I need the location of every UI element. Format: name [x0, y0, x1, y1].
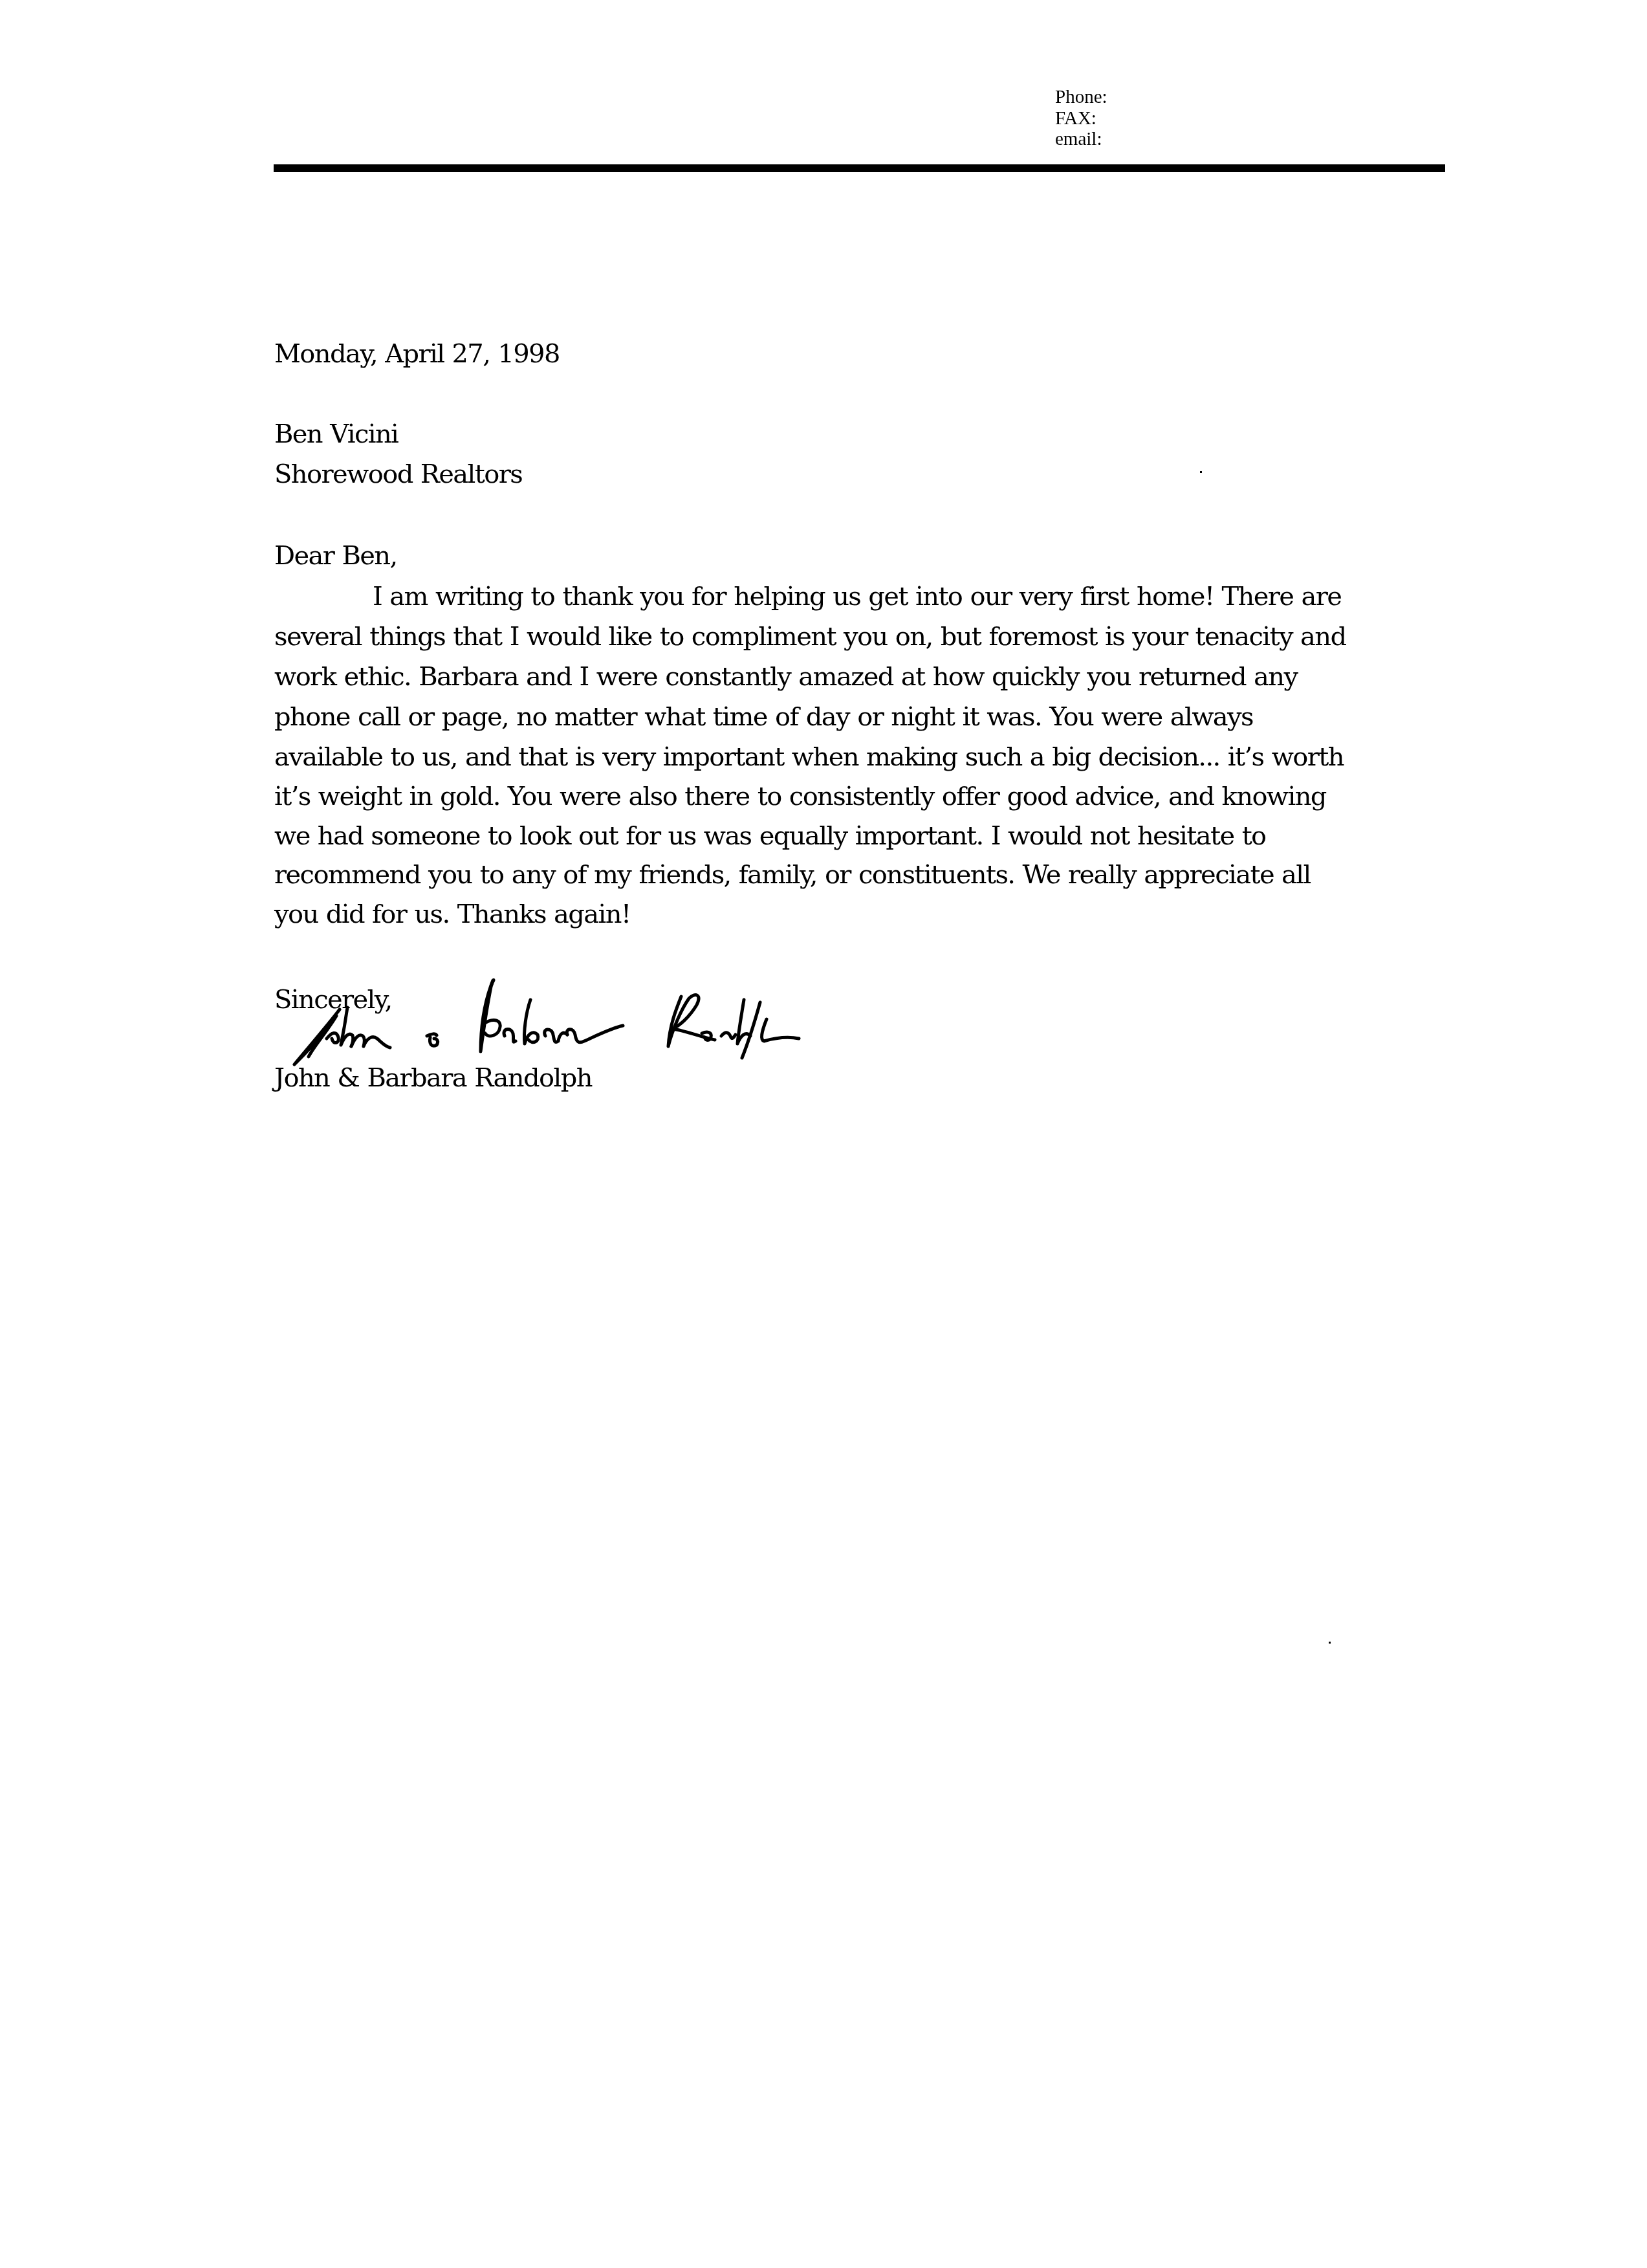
body-line: recommend you to any of my friends, fami… — [274, 862, 1311, 888]
body-line: you did for us. Thanks again! — [274, 901, 630, 927]
scan-speck — [1329, 1642, 1331, 1644]
body-line: work ethic. Barbara and I were constantl… — [274, 664, 1297, 690]
scan-speck — [1200, 471, 1202, 473]
body-line: available to us, and that is very import… — [274, 744, 1344, 770]
fax-label: FAX: — [1055, 108, 1107, 129]
recipient-company: Shorewood Realtors — [274, 461, 522, 487]
letter-date: Monday, April 27, 1998 — [274, 341, 560, 367]
letterhead-divider — [274, 164, 1445, 172]
recipient-name: Ben Vicini — [274, 421, 398, 447]
body-line: it’s weight in gold. You were also there… — [274, 784, 1326, 809]
signer-names: John & Barbara Randolph — [274, 1065, 592, 1091]
body-line: we had someone to look out for us was eq… — [274, 823, 1266, 849]
body-line: I am writing to thank you for helping us… — [373, 584, 1341, 610]
salutation: Dear Ben, — [274, 543, 397, 569]
letterhead-contact-block: Phone: FAX: email: — [1055, 87, 1107, 150]
body-line: phone call or page, no matter what time … — [274, 704, 1253, 730]
letter-page: Phone: FAX: email: Monday, April 27, 199… — [0, 0, 1647, 2268]
body-line: several things that I would like to comp… — [274, 624, 1346, 650]
phone-label: Phone: — [1055, 87, 1107, 108]
handwritten-signature-icon — [275, 974, 857, 1071]
email-label: email: — [1055, 129, 1107, 150]
